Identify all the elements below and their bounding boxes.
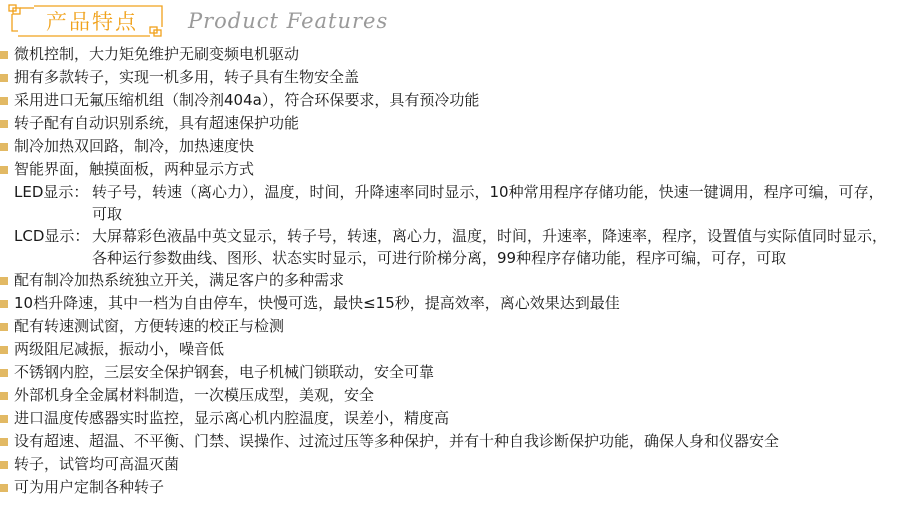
square-bullet-icon — [0, 346, 8, 354]
display-mode-text: 大屏幕彩色液晶中英文显示，转子号，转速，离心力，温度，时间，升速率，降速率，程序… — [92, 225, 892, 269]
feature-text: 智能界面，触摸面板，两种显示方式 — [14, 158, 254, 181]
feature-text: 可为用户定制各种转子 — [14, 476, 164, 499]
display-mode-led: LED显示： 转子号，转速（离心力），温度，时间，升降速率同时显示，10种常用程… — [0, 181, 900, 225]
section-title-cn: 产品特点 — [46, 9, 138, 35]
feature-text: 转子，试管均可高温灭菌 — [14, 453, 179, 476]
feature-text: 设有超速、超温、不平衡、门禁、误操作、过流过压等多种保护，并有十种自我诊断保护功… — [14, 430, 779, 453]
title-frame: 产品特点 — [8, 3, 164, 37]
feature-text: 拥有多款转子，实现一机多用，转子具有生物安全盖 — [14, 66, 359, 89]
list-item: 可为用户定制各种转子 — [0, 476, 900, 499]
feature-text: 外部机身全金属材料制造，一次模压成型，美观，安全 — [14, 384, 374, 407]
list-item: 拥有多款转子，实现一机多用，转子具有生物安全盖 — [0, 66, 900, 89]
feature-text: 采用进口无氟压缩机组（制冷剂404a），符合环保要求，具有预冷功能 — [14, 89, 479, 112]
square-bullet-icon — [0, 143, 8, 151]
square-bullet-icon — [0, 461, 8, 469]
features-list: 微机控制，大力矩免维护无刷变频电机驱动 拥有多款转子，实现一机多用，转子具有生物… — [0, 43, 900, 499]
feature-text: 10档升降速，其中一档为自由停车，快慢可选，最快≤15秒，提高效率，离心效果达到… — [14, 292, 620, 315]
list-item: 两级阻尼减振，振动小，噪音低 — [0, 338, 900, 361]
feature-text: 制冷加热双回路，制冷，加热速度快 — [14, 135, 254, 158]
feature-text: 不锈钢内腔，三层安全保护钢套，电子机械门锁联动，安全可靠 — [14, 361, 434, 384]
display-mode-lcd: LCD显示： 大屏幕彩色液晶中英文显示，转子号，转速，离心力，温度，时间，升速率… — [0, 225, 900, 269]
feature-text: 进口温度传感器实时监控，显示离心机内腔温度，误差小，精度高 — [14, 407, 449, 430]
list-item: 10档升降速，其中一档为自由停车，快慢可选，最快≤15秒，提高效率，离心效果达到… — [0, 292, 900, 315]
list-item: 转子配有自动识别系统，具有超速保护功能 — [0, 112, 900, 135]
list-item: 采用进口无氟压缩机组（制冷剂404a），符合环保要求，具有预冷功能 — [0, 89, 900, 112]
section-header: 产品特点 Product Features — [0, 0, 900, 42]
list-item: 转子，试管均可高温灭菌 — [0, 453, 900, 476]
square-bullet-icon — [0, 51, 8, 59]
list-item: 微机控制，大力矩免维护无刷变频电机驱动 — [0, 43, 900, 66]
list-item: 设有超速、超温、不平衡、门禁、误操作、过流过压等多种保护，并有十种自我诊断保护功… — [0, 430, 900, 453]
feature-text: 转子配有自动识别系统，具有超速保护功能 — [14, 112, 299, 135]
list-item: 制冷加热双回路，制冷，加热速度快 — [0, 135, 900, 158]
display-mode-label: LED显示： — [14, 181, 88, 203]
list-item: 配有制冷加热系统独立开关，满足客户的多种需求 — [0, 269, 900, 292]
feature-text: 配有制冷加热系统独立开关，满足客户的多种需求 — [14, 269, 344, 292]
square-bullet-icon — [0, 369, 8, 377]
display-mode-text: 转子号，转速（离心力），温度，时间，升降速率同时显示，10种常用程序存储功能，快… — [92, 181, 892, 225]
square-bullet-icon — [0, 484, 8, 492]
section-title-en: Product Features — [188, 8, 388, 34]
display-mode-label: LCD显示： — [14, 225, 89, 247]
square-bullet-icon — [0, 74, 8, 82]
feature-text: 两级阻尼减振，振动小，噪音低 — [14, 338, 224, 361]
square-bullet-icon — [0, 120, 8, 128]
square-bullet-icon — [0, 300, 8, 308]
square-bullet-icon — [0, 166, 8, 174]
list-item: 外部机身全金属材料制造，一次模压成型，美观，安全 — [0, 384, 900, 407]
square-bullet-icon — [0, 277, 8, 285]
square-bullet-icon — [0, 97, 8, 105]
square-bullet-icon — [0, 415, 8, 423]
list-item: 智能界面，触摸面板，两种显示方式 — [0, 158, 900, 181]
square-bullet-icon — [0, 392, 8, 400]
list-item: 配有转速测试窗，方便转速的校正与检测 — [0, 315, 900, 338]
list-item: 进口温度传感器实时监控，显示离心机内腔温度，误差小，精度高 — [0, 407, 900, 430]
feature-text: 配有转速测试窗，方便转速的校正与检测 — [14, 315, 284, 338]
square-bullet-icon — [0, 323, 8, 331]
square-bullet-icon — [0, 438, 8, 446]
feature-text: 微机控制，大力矩免维护无刷变频电机驱动 — [14, 43, 299, 66]
list-item: 不锈钢内腔，三层安全保护钢套，电子机械门锁联动，安全可靠 — [0, 361, 900, 384]
